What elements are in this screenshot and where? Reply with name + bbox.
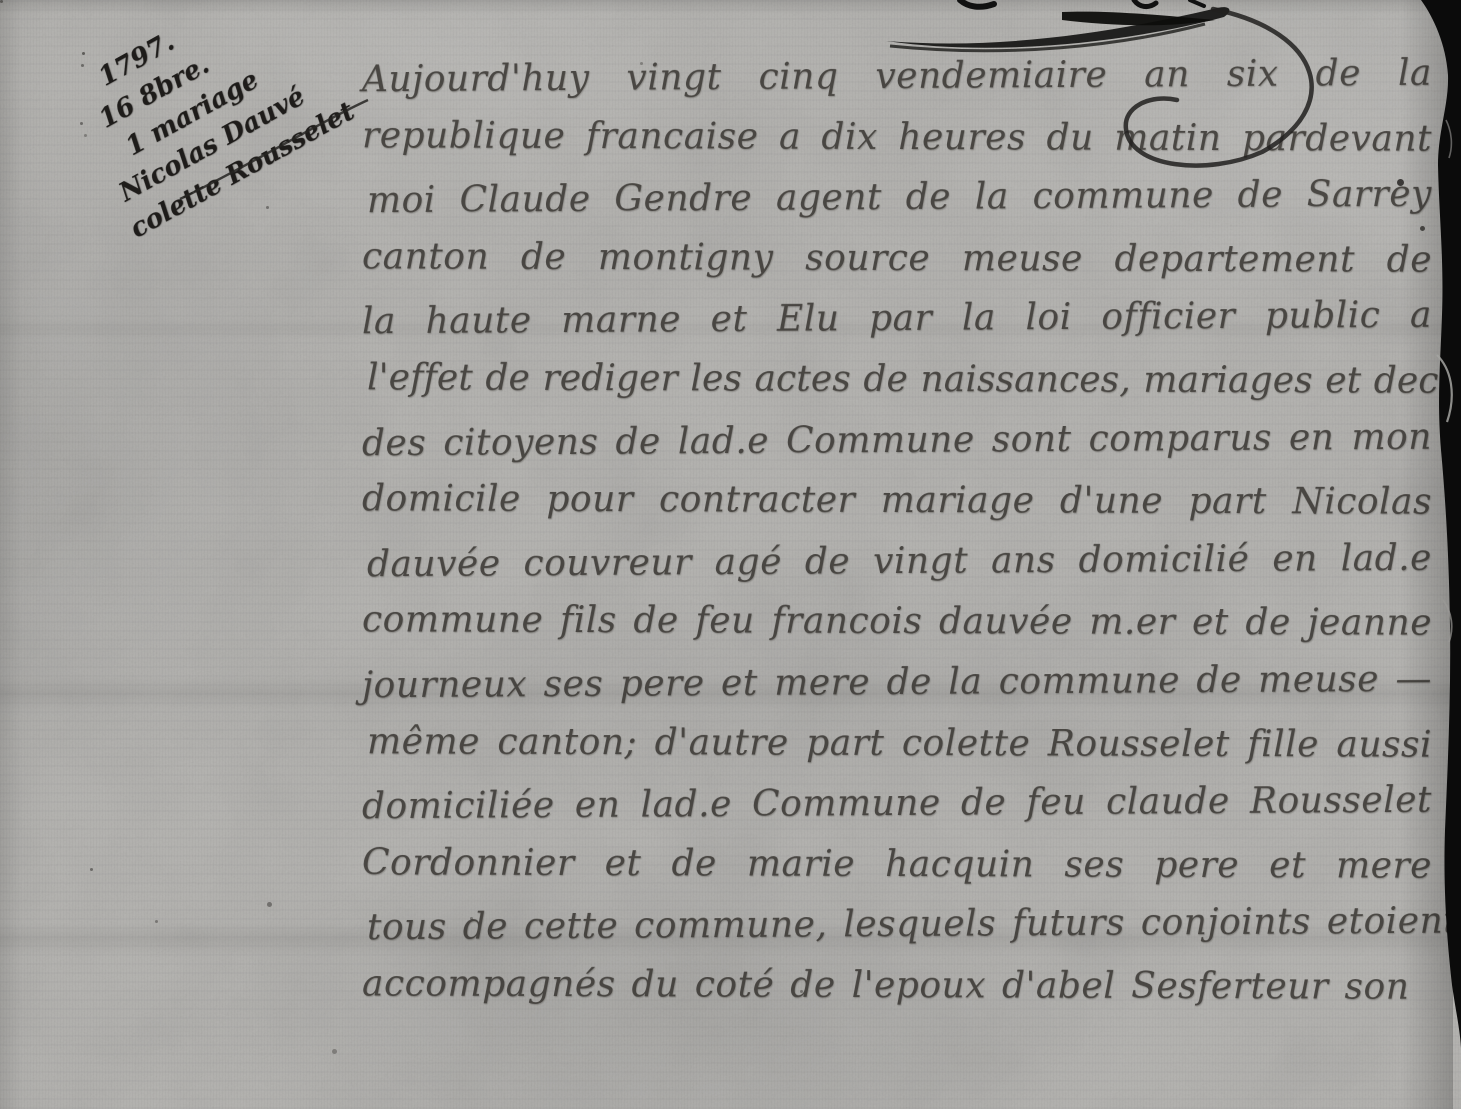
act-line: republique francaise a dix heures du mat… [362,115,1432,179]
act-body-text: Aujourd'huy vingt cinq vendemiaire an si… [362,56,1432,1026]
act-line: canton de montigny source meuse departem… [362,236,1432,300]
act-line: Cordonnier et de marie hacquin ses pere … [362,842,1432,906]
ink-specks [0,0,3,3]
act-line: journeux ses pere et mere de la commune … [362,659,1432,726]
page-edge-shadow [1401,0,1453,1109]
scanned-register-page: 1797. 16 8bre. 1 mariage Nicolas Dauvé c… [0,0,1461,1109]
act-line: tous de cette commune, lesquels futurs c… [367,901,1432,968]
act-line: l'effet de rediger les actes de naissanc… [367,357,1432,421]
act-line: domicile pour contracter mariage d'une p… [362,478,1432,542]
act-line: accompagnés du coté de l'epoux d'abel Se… [362,963,1357,1027]
act-line: la haute marne et Elu par la loi officie… [362,295,1432,362]
act-line: domiciliée en lad.e Commune de feu claud… [362,780,1432,847]
act-line: des citoyens de lad.e Commune sont compa… [362,416,1432,483]
act-line: commune fils de feu francois dauvée m.er… [362,600,1432,664]
act-line: Aujourd'huy vingt cinq vendemiaire an si… [362,53,1432,120]
act-line: même canton; d'autre part colette Rousse… [367,721,1432,785]
act-line: moi Claude Gendre agent de la commune de… [367,174,1432,241]
act-line: dauvée couvreur agé de vingt ans domicil… [367,537,1432,604]
